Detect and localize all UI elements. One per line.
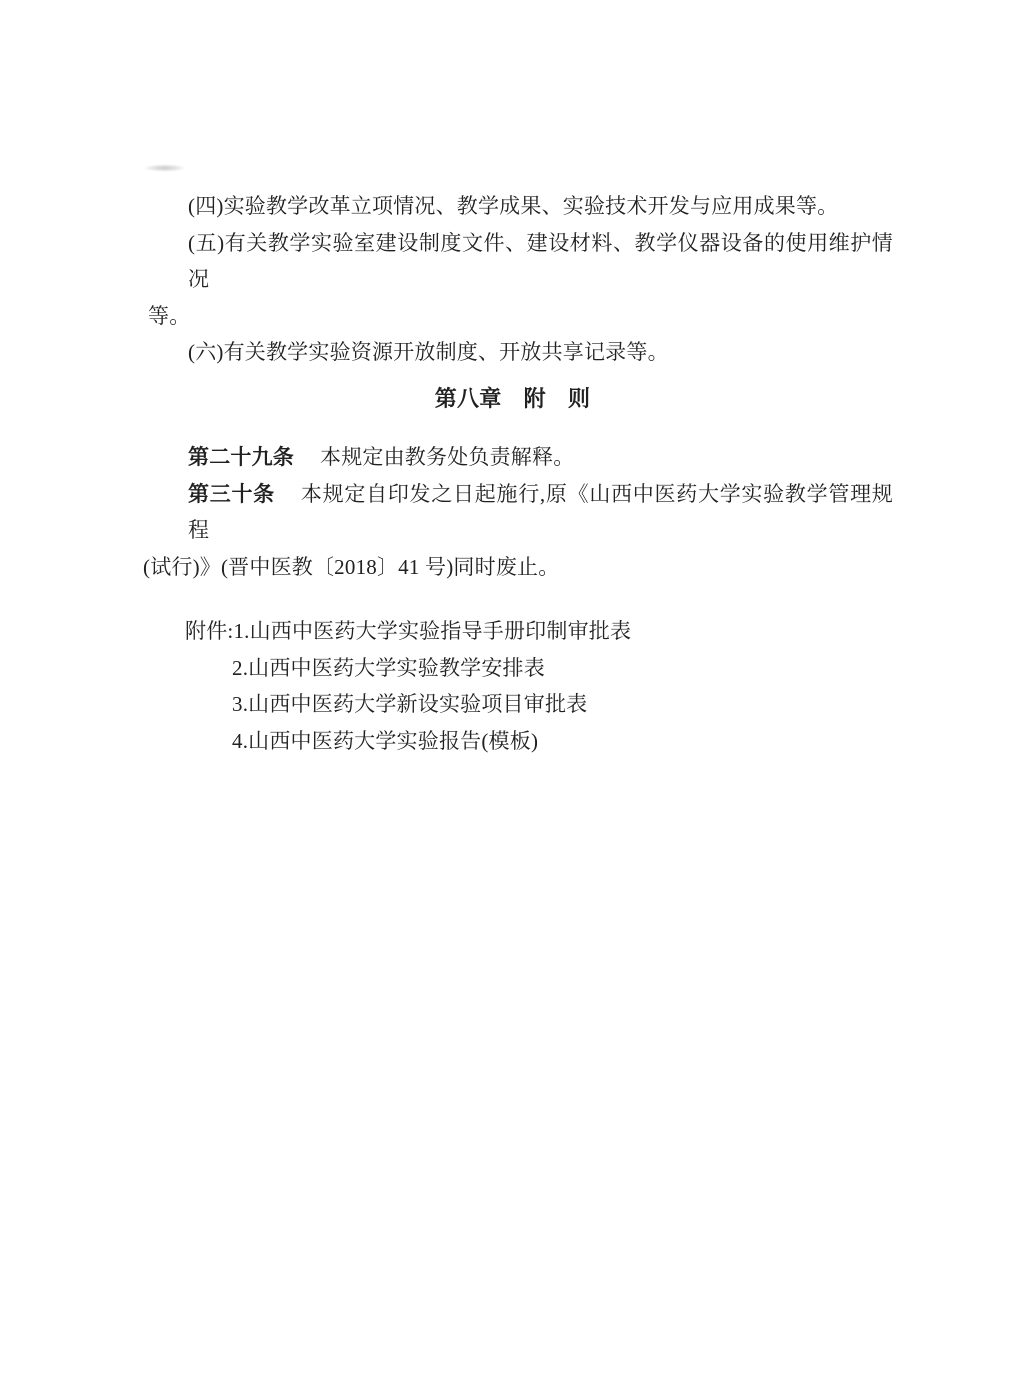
clause-line-6: (六)有关教学实验资源开放制度、开放共享记录等。 bbox=[148, 334, 893, 371]
pencil-smudge-mark bbox=[142, 163, 196, 173]
attachment-item-2: 2.山西中医药大学实验教学安排表 bbox=[148, 650, 893, 687]
attachment-line-1: 附件:1.山西中医药大学实验指导手册印制审批表 bbox=[148, 613, 893, 650]
article-30-line: 第三十条本规定自印发之日起施行,原《山西中医药大学实验教学管理规程 bbox=[148, 476, 893, 549]
article-29-body: 本规定由教务处负责解释。 bbox=[320, 445, 574, 469]
clause-line-5: (五)有关教学实验室建设制度文件、建设材料、教学仪器设备的使用维护情况 bbox=[148, 225, 893, 298]
document-page: (四)实验教学改革立项情况、教学成果、实验技术开发与应用成果等。 (五)有关教学… bbox=[0, 0, 1024, 1379]
attachment-item-1: 1.山西中医药大学实验指导手册印制审批表 bbox=[233, 619, 631, 643]
article-30-body: 本规定自印发之日起施行,原《山西中医药大学实验教学管理规程 bbox=[188, 482, 893, 543]
article-29-term: 第二十九条 bbox=[188, 445, 294, 469]
clause-line-5-continuation: 等。 bbox=[148, 298, 893, 335]
document-body: (四)实验教学改革立项情况、教学成果、实验技术开发与应用成果等。 (五)有关教学… bbox=[148, 188, 893, 759]
attachment-item-4: 4.山西中医药大学实验报告(模板) bbox=[148, 723, 893, 760]
article-29-line: 第二十九条本规定由教务处负责解释。 bbox=[148, 439, 893, 476]
chapter-heading: 第八章 附 则 bbox=[140, 381, 885, 418]
attachments-label: 附件: bbox=[185, 619, 233, 643]
attachment-item-3: 3.山西中医药大学新设实验项目审批表 bbox=[148, 686, 893, 723]
article-30-continuation-line: (试行)》(晋中医教〔2018〕41 号)同时废止。 bbox=[143, 549, 893, 586]
attachments-block: 附件:1.山西中医药大学实验指导手册印制审批表 2.山西中医药大学实验教学安排表… bbox=[148, 613, 893, 759]
clause-line-4: (四)实验教学改革立项情况、教学成果、实验技术开发与应用成果等。 bbox=[148, 188, 893, 225]
article-30-term: 第三十条 bbox=[188, 482, 275, 506]
